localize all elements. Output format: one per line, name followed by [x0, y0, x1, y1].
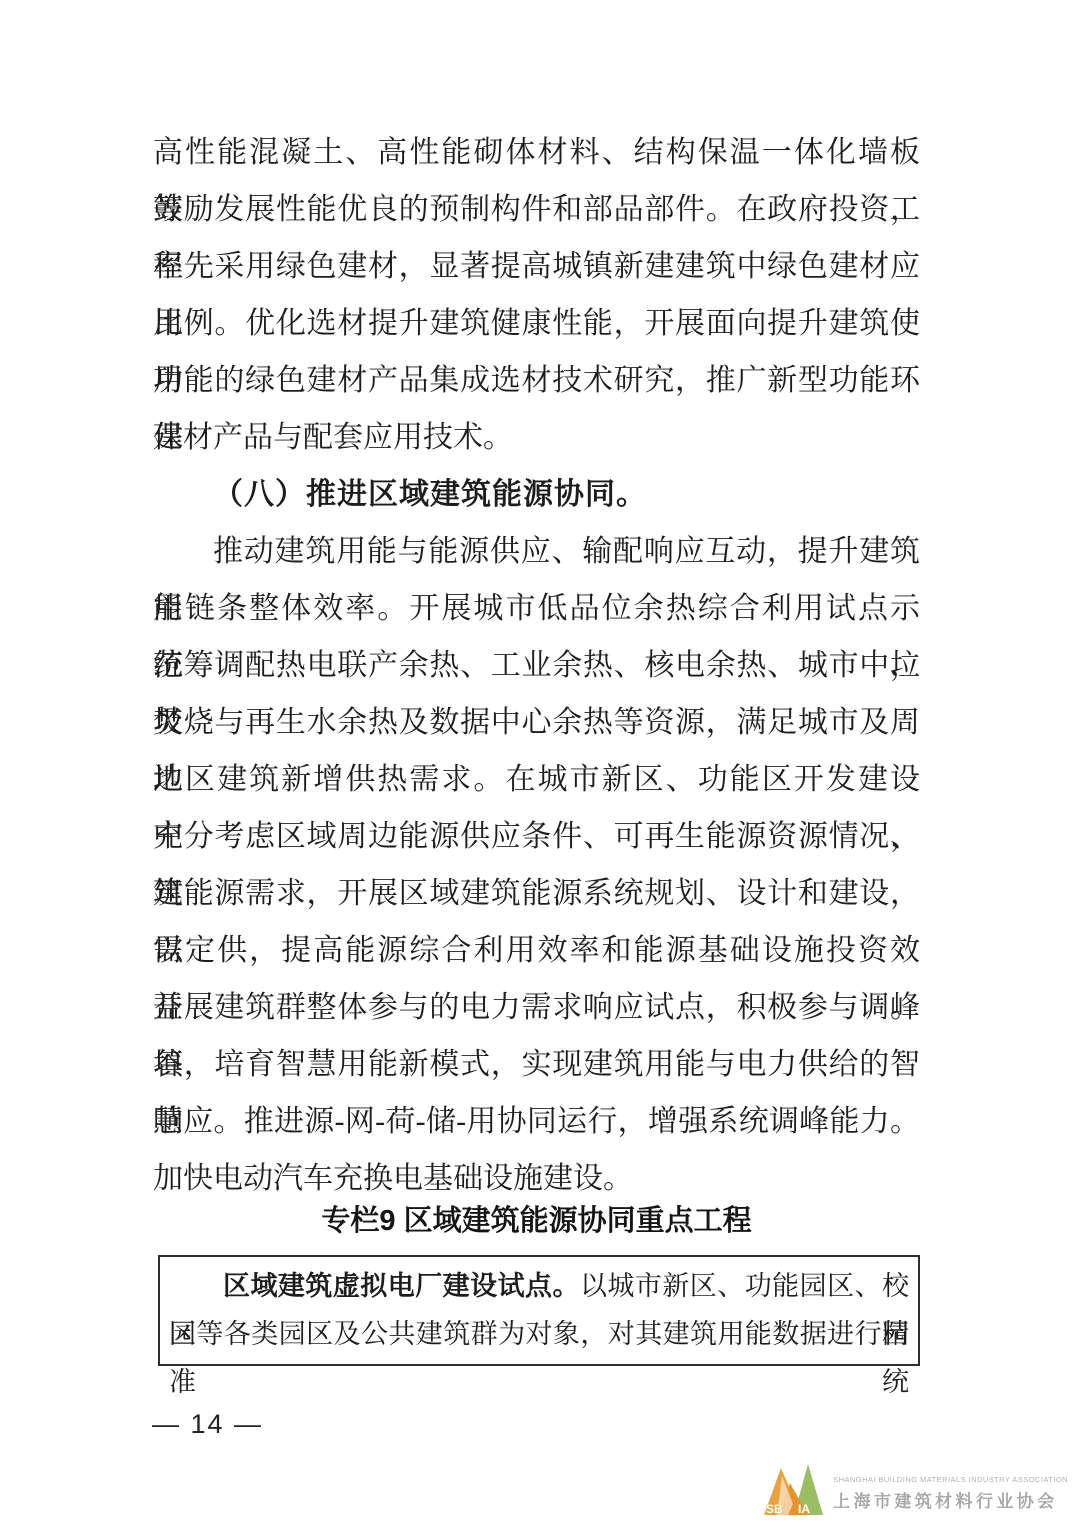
logo-monogram-left: SB: [766, 1502, 783, 1516]
document-page: 高性能混凝土、高性能砌体材料、结构保温一体化墙板等，鼓励发展性能优良的预制构件和…: [0, 0, 1080, 1527]
text-line: 能链条整体效率。开展城市低品位余热综合利用试点示范，: [153, 580, 920, 637]
column-box-title: 专栏9 区域建筑能源协同重点工程: [153, 1201, 920, 1241]
association-logo: SB IA SHANGHAI BUILDING MATERIALS INDUST…: [764, 1461, 1068, 1519]
text-line: 充分考虑区域周边能源供应条件、可再生能源资源情况、建: [153, 808, 920, 865]
column-box: 区域建筑虚拟电厂建设试点。以城市新区、功能园区、校园园 区等各类园区及公共建筑群…: [158, 1255, 920, 1366]
logo-monogram-right: IA: [798, 1502, 810, 1516]
text-line: 谷，培育智慧用能新模式，实现建筑用能与电力供给的智慧: [153, 1036, 920, 1093]
association-name-english: SHANGHAI BUILDING MATERIALS INDUSTRY ASS…: [833, 1475, 1068, 1484]
text-line: 地区建筑新增供热需求。在城市新区、功能区开发建设中，: [153, 751, 920, 808]
text-line: 筑能源需求，开展区域建筑能源系统规划、设计和建设，以: [153, 865, 920, 922]
text-line: 比例。优化选材提升建筑健康性能，开展面向提升建筑使用: [153, 295, 920, 352]
text-line: 需定供，提高能源综合利用效率和能源基础设施投资效益。: [153, 922, 920, 979]
document-body: 高性能混凝土、高性能砌体材料、结构保温一体化墙板等，鼓励发展性能优良的预制构件和…: [153, 124, 920, 1207]
text-line: 建材产品与配套应用技术。: [153, 409, 920, 466]
sbmia-mountain-logo-icon: SB IA: [764, 1461, 824, 1519]
text-line: 推动建筑用能与能源供应、输配响应互动，提升建筑用: [153, 523, 920, 580]
column-box-line: 区等各类园区及公共建筑群为对象，对其建筑用能数据进行精准统: [169, 1310, 909, 1358]
page-number: — 14 —: [152, 1406, 263, 1442]
association-name-chinese: 上海市建筑材料行业协会: [833, 1487, 1068, 1512]
association-logo-text: SHANGHAI BUILDING MATERIALS INDUSTRY ASS…: [833, 1475, 1068, 1519]
text-line: 开展建筑群整体参与的电力需求响应试点，积极参与调峰填: [153, 979, 920, 1036]
section-heading: （八）推进区域建筑能源协同。: [153, 466, 920, 523]
text-line: 功能的绿色建材产品集成选材技术研究，推广新型功能环保: [153, 352, 920, 409]
text-line: 鼓励发展性能优良的预制构件和部品部件。在政府投资工程: [153, 181, 920, 238]
column-box-line: 区域建筑虚拟电厂建设试点。以城市新区、功能园区、校园园: [169, 1262, 909, 1310]
text-line: 统筹调配热电联产余热、工业余热、核电余热、城市中垃圾: [153, 637, 920, 694]
text-line: 响应。推进源-网-荷-储-用协同运行，增强系统调峰能力。: [153, 1093, 920, 1150]
text-line: 加快电动汽车充换电基础设施建设。: [153, 1150, 920, 1207]
text-line: 率先采用绿色建材，显著提高城镇新建建筑中绿色建材应用: [153, 238, 920, 295]
text-line: 高性能混凝土、高性能砌体材料、结构保温一体化墙板等，: [153, 124, 920, 181]
column-box-lead-bold: 区域建筑虚拟电厂建设试点。: [223, 1271, 580, 1301]
text-line: 焚烧与再生水余热及数据中心余热等资源，满足城市及周边: [153, 694, 920, 751]
